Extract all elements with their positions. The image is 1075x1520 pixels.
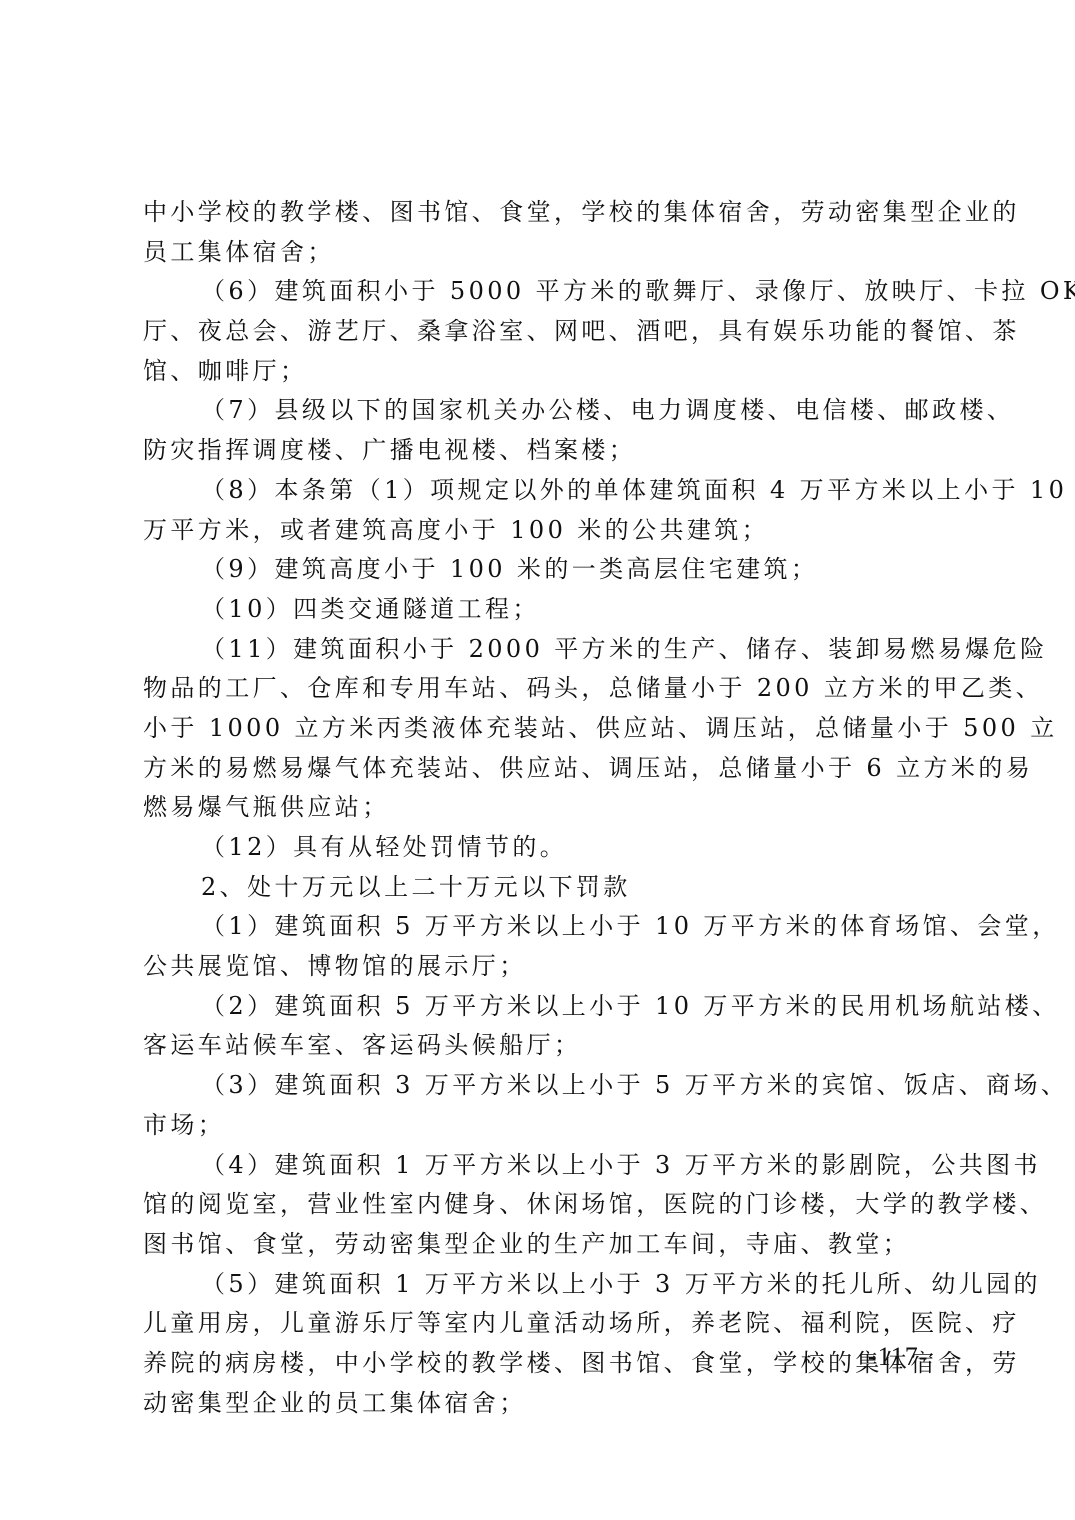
section-heading: 2、处十万元以上二十万元以下罚款 bbox=[143, 868, 945, 908]
text-line: （11）建筑面积小于 2000 平方米的生产、储存、装卸易燃易爆危险 bbox=[143, 630, 945, 670]
text-line: 厅、夜总会、游艺厅、桑拿浴室、网吧、酒吧，具有娱乐功能的餐馆、茶 bbox=[143, 312, 945, 352]
text-line: 馆、咖啡厅； bbox=[143, 352, 945, 392]
text-line: 馆的阅览室，营业性室内健身、休闲场馆，医院的门诊楼，大学的教学楼、 bbox=[143, 1185, 945, 1225]
text-line: 方米的易燃易爆气体充装站、供应站、调压站，总储量小于 6 立方米的易 bbox=[143, 749, 945, 789]
text-line: 客运车站候车室、客运码头候船厅； bbox=[143, 1026, 945, 1066]
text-line: 市场； bbox=[143, 1106, 945, 1146]
text-line: （4）建筑面积 1 万平方米以上小于 3 万平方米的影剧院，公共图书 bbox=[143, 1146, 945, 1186]
text-line: 动密集型企业的员工集体宿舍； bbox=[143, 1384, 945, 1424]
text-line: （8）本条第（1）项规定以外的单体建筑面积 4 万平方米以上小于 10 bbox=[143, 471, 945, 511]
text-line: 公共展览馆、博物馆的展示厅； bbox=[143, 947, 945, 987]
text-line: 燃易爆气瓶供应站； bbox=[143, 788, 945, 828]
text-line: （7）县级以下的国家机关办公楼、电力调度楼、电信楼、邮政楼、 bbox=[143, 391, 945, 431]
text-line: 中小学校的教学楼、图书馆、食堂，学校的集体宿舍，劳动密集型企业的 bbox=[143, 193, 945, 233]
page-number: -117- bbox=[868, 1342, 928, 1372]
text-line: 儿童用房，儿童游乐厅等室内儿童活动场所，养老院、福利院，医院、疗 bbox=[143, 1304, 945, 1344]
text-line: 养院的病房楼，中小学校的教学楼、图书馆、食堂，学校的集体宿舍，劳 bbox=[143, 1344, 945, 1384]
text-line: 图书馆、食堂，劳动密集型企业的生产加工车间，寺庙、教堂； bbox=[143, 1225, 945, 1265]
body-text: 中小学校的教学楼、图书馆、食堂，学校的集体宿舍，劳动密集型企业的 员工集体宿舍；… bbox=[143, 193, 945, 1423]
text-line: 小于 1000 立方米丙类液体充装站、供应站、调压站，总储量小于 500 立 bbox=[143, 709, 945, 749]
document-page: 中小学校的教学楼、图书馆、食堂，学校的集体宿舍，劳动密集型企业的 员工集体宿舍；… bbox=[0, 0, 1075, 1520]
text-line: （1）建筑面积 5 万平方米以上小于 10 万平方米的体育场馆、会堂， bbox=[143, 907, 945, 947]
text-line: （9）建筑高度小于 100 米的一类高层住宅建筑； bbox=[143, 550, 945, 590]
text-line: （10）四类交通隧道工程； bbox=[143, 590, 945, 630]
text-line: （6）建筑面积小于 5000 平方米的歌舞厅、录像厅、放映厅、卡拉 OK bbox=[143, 272, 945, 312]
text-line: 万平方米，或者建筑高度小于 100 米的公共建筑； bbox=[143, 511, 945, 551]
text-line: 防灾指挥调度楼、广播电视楼、档案楼； bbox=[143, 431, 945, 471]
text-line: （2）建筑面积 5 万平方米以上小于 10 万平方米的民用机场航站楼、 bbox=[143, 987, 945, 1027]
text-line: 员工集体宿舍； bbox=[143, 233, 945, 273]
text-line: 物品的工厂、仓库和专用车站、码头，总储量小于 200 立方米的甲乙类、 bbox=[143, 669, 945, 709]
text-line: （3）建筑面积 3 万平方米以上小于 5 万平方米的宾馆、饭店、商场、 bbox=[143, 1066, 945, 1106]
text-line: （12）具有从轻处罚情节的。 bbox=[143, 828, 945, 868]
text-line: （5）建筑面积 1 万平方米以上小于 3 万平方米的托儿所、幼儿园的 bbox=[143, 1265, 945, 1305]
